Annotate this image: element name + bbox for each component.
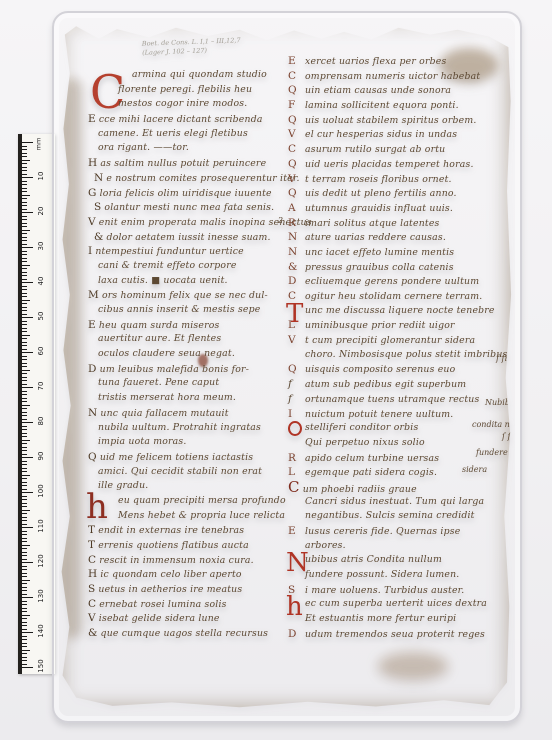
ruler-tick [22, 562, 33, 563]
versal-capital: I [288, 407, 297, 422]
ruler-tick [22, 307, 27, 308]
ruler-tick [22, 534, 27, 535]
ruler-tick [22, 293, 27, 294]
ruler-tick [22, 380, 27, 381]
ruler-tick [22, 359, 27, 360]
ruler-tick [22, 426, 27, 427]
ruler-tick [22, 142, 33, 143]
line-text: heu quam surda miseros [99, 320, 220, 331]
versal-capital: A [288, 201, 297, 216]
line-text: unc me discussa liquere nocte tenebre [305, 305, 495, 316]
line-text: atum sub pedibus egit superbum [305, 379, 466, 390]
manuscript-line: Cogitur heu stolidam cernere terram. [288, 289, 512, 304]
ruler-label: 10 [37, 166, 45, 186]
line-text: olantur mesti nunc mea fata senis. [104, 202, 274, 213]
line-text: t cum precipiti glomerantur sidera [305, 335, 475, 346]
manuscript-line: impia uota moras. [88, 435, 290, 450]
manuscript-line: nubila uultum. Protrahit ingratas [88, 421, 290, 436]
manuscript-line: auertitur aure. Et flentes [88, 332, 290, 347]
ruler-tick [22, 275, 27, 276]
ruler-tick [22, 447, 27, 448]
line-text: mestos cogor inire modos. [118, 98, 247, 109]
ruler-tick [22, 461, 27, 462]
marginal-gloss: condita nu [472, 420, 515, 429]
ruler-tick [22, 373, 27, 374]
line-text: nuictum potuit tenere uultum. [305, 409, 453, 420]
ruler-tick [22, 422, 33, 423]
manuscript-line: Tunc me discussa liquere nocte tenebre [288, 304, 512, 319]
ruler-tick [22, 170, 27, 171]
line-text: tristis merserat hora meum. [98, 392, 236, 403]
line-text: apido celum turbine uersas [305, 453, 439, 464]
ruler-tick [22, 573, 27, 574]
ruler-tick [22, 286, 27, 287]
manuscript-line: Cancri sidus inestuat. Tum qui larga [288, 495, 512, 510]
ruler-tick [22, 552, 27, 553]
manuscript-line: Comprensam numeris uictor habebat [288, 69, 512, 84]
line-text: isebat gelide sidera lune [99, 613, 220, 624]
versal-capital: V [88, 215, 96, 230]
manuscript-line: heu quam precipiti mersa profundo [88, 494, 290, 509]
ruler-tick [22, 408, 27, 409]
manuscript-line: &dolor aetatem iussit inesse suam. [88, 230, 290, 245]
versal-capital: V [88, 611, 96, 626]
ruler-tick [22, 146, 27, 147]
ruler-tick [22, 195, 30, 196]
ruler-tick [22, 251, 27, 252]
ruler-tick [22, 177, 33, 178]
ruler-tick [22, 160, 30, 161]
ruler-tick [22, 629, 27, 630]
line-text: uis uoluat stabilem spiritus orbem. [305, 115, 477, 126]
pencil-annotation: Boet. de Cons. L. I,1 – III,12,7 (Lager … [142, 36, 241, 57]
ruler-label: 70 [37, 376, 45, 396]
versal-capital: Q [88, 450, 97, 465]
manuscript-line: fortunamque tuens utramque rectus [288, 392, 512, 407]
ruler-tick [22, 265, 30, 266]
ruler-tick [22, 202, 27, 203]
ruler-tick [22, 282, 33, 283]
ruler-tick [22, 639, 27, 640]
ruler-tick [22, 496, 27, 497]
line-text: unc quia fallacem mutauit [100, 408, 228, 419]
line-text: ortunamque tuens utramque rectus [305, 394, 479, 405]
text-column-left: Carmina qui quondam studioflorente pereg… [88, 68, 290, 641]
ruler-label: 120 [37, 551, 45, 571]
line-text: ec cum superba uerterit uices dextra [305, 598, 487, 609]
rubric-initial: C [288, 480, 300, 495]
ruler-tick [22, 531, 27, 532]
ruler-tick [22, 258, 27, 259]
manuscript-line: Vt terram roseis floribus ornet. [288, 172, 512, 187]
ruler-tick [22, 268, 27, 269]
ruler-tick [22, 611, 27, 612]
ruler-label: 50 [37, 306, 45, 326]
ruler-tick [22, 608, 27, 609]
ruler-tick [22, 527, 33, 528]
ruler-tick [22, 594, 27, 595]
ruler-tick [22, 590, 27, 591]
ruler-tick [22, 401, 27, 402]
versal-capital: E [88, 112, 96, 127]
line-text: um phoebi radiis graue [303, 484, 417, 495]
versal-capital: T [88, 538, 95, 553]
line-text: impia uota moras. [98, 436, 187, 447]
manuscript-line: negantibus. Sulcis semina credidit [288, 509, 512, 524]
line-text: el cur hesperias sidus in undas [305, 129, 457, 140]
manuscript-line: Cum phoebi radiis graue [288, 480, 512, 495]
line-text: i mare uoluens. Turbidus auster. [305, 585, 464, 596]
ruler-tick [22, 314, 27, 315]
ruler-tick [22, 219, 27, 220]
line-text: e nostrum comites prosequerentur iter. [106, 173, 299, 184]
versal-capital: H [88, 567, 97, 582]
ruler-label: 100 [37, 481, 45, 501]
versal-capital: E [288, 54, 297, 69]
ruler-tick [22, 436, 27, 437]
ruler-tick [22, 181, 27, 182]
manuscript-line: Crescit in immensum noxia cura. [88, 553, 290, 568]
versal-capital: C [288, 69, 297, 84]
ruler-tick [22, 352, 33, 353]
ruler-tick [22, 349, 27, 350]
marginal-gloss: 2 [278, 216, 283, 225]
ruler-tick [22, 191, 27, 192]
manuscript-line: Dum leuibus malefida bonis for- [88, 362, 290, 377]
ruler-tick [22, 244, 27, 245]
ruler-tick [22, 356, 27, 357]
versal-capital: S [94, 200, 101, 215]
manuscript-line: Tendit in externas ire tenebras [88, 523, 290, 538]
versal-capital: Q [288, 362, 297, 377]
ruler-tick [22, 163, 27, 164]
versal-capital: C [88, 553, 96, 568]
manuscript-line: Quin etiam causas unde sonora [288, 83, 512, 98]
ruler-tick [22, 569, 27, 570]
line-text: uin etiam causas unde sonora [305, 85, 451, 96]
versal-capital: N [94, 171, 103, 186]
marginal-gloss: ſ ſı [502, 432, 513, 441]
ruler-tick [22, 583, 27, 584]
ruler-tick [22, 580, 30, 581]
ruler-tick [22, 471, 27, 472]
versal-capital: D [88, 362, 97, 377]
line-text: negantibus. Sulcis semina credidit [305, 510, 475, 521]
ruler-label: 30 [37, 236, 45, 256]
ruler-tick [22, 216, 27, 217]
line-text: choro. Nimbosisque polus stetit imbribus… [305, 349, 511, 360]
ruler-tick [22, 475, 30, 476]
line-text: auertitur aure. Et flentes [98, 333, 221, 344]
ruler-tick [22, 457, 33, 458]
ruler-tick [22, 548, 27, 549]
ruler-tick [22, 429, 27, 430]
manuscript-line: Eheu quam surda miseros [88, 318, 290, 333]
ruler-tick [22, 489, 27, 490]
ruler-tick [22, 646, 27, 647]
ruler-tick [22, 433, 27, 434]
marginal-gloss: ſ ſı [496, 354, 507, 363]
ruler-tick [22, 384, 27, 385]
ruler-tick [22, 303, 27, 304]
ruler-tick [22, 310, 27, 311]
line-text: egemque pati sidera cogis. [305, 467, 437, 478]
versal-capital: I [88, 244, 92, 259]
versal-capital: N [288, 245, 297, 260]
line-text: fundere possunt. Sidera lumen. [305, 569, 459, 580]
manuscript-line: Decliuemque gerens pondere uultum [288, 274, 512, 289]
ruler-tick [22, 657, 27, 658]
manuscript-line: amici. Qui cecidit stabili non erat [88, 465, 290, 480]
manuscript-line: Nubibus atris Condita nullum [288, 553, 512, 568]
ruler-unit-label: mm [34, 138, 42, 151]
mm-ruler: mm 102030405060708090100110120130140150 [18, 134, 55, 674]
manuscript-line: Vel cur hesperias sidus in undas [288, 127, 512, 142]
ruler-tick [22, 233, 27, 234]
ruler-tick [22, 167, 27, 168]
manuscript-line: ille gradu. [88, 479, 290, 494]
ruler-label: 20 [37, 201, 45, 221]
manuscript-line: Quis uoluat stabilem spiritus orbem. [288, 113, 512, 128]
ruler-tick [22, 555, 27, 556]
line-text: uminibusque prior rediit uigor [305, 320, 455, 331]
ruler-tick [22, 664, 27, 665]
line-text: cce mihi lacere dictant scribenda [99, 114, 263, 125]
ruler-tick [22, 394, 27, 395]
manuscript-line: Inuictum potuit tenere uultum. [288, 407, 512, 422]
line-text: cibus annis inserit & mestis sepe [98, 304, 261, 315]
versal-capital: C [288, 142, 297, 157]
manuscript-line: Dudum tremendos seua proterit reges [288, 627, 512, 642]
ruler-tick [22, 587, 27, 588]
versal-capital: Q [288, 83, 297, 98]
ruler-tick [22, 576, 27, 577]
versal-capital: M [88, 288, 99, 303]
manuscript-line: Vt cum precipiti glomerantur sidera [288, 333, 512, 348]
rubric-initial: O [288, 421, 302, 436]
line-text: ature uarias reddere causas. [305, 232, 446, 243]
ruler-tick [22, 513, 27, 514]
ruler-tick [22, 468, 27, 469]
manuscript-line: Solantur mesti nunc mea fata senis. [88, 200, 290, 215]
line-text: utumnus grauidis influat uuis. [305, 203, 453, 214]
line-text: Mens hebet & propria luce relicta [118, 510, 285, 521]
manuscript-line: Hic quondam celo liber aperto [88, 567, 290, 582]
manuscript-line: Intempestiui funduntur uertice [88, 244, 290, 259]
ruler-tick [22, 405, 30, 406]
line-text: as saltim nullus potuit peruincere [100, 158, 266, 169]
ruler-tick [22, 643, 27, 644]
line-text: ors hominum felix que se nec dul- [102, 290, 268, 301]
manuscript-line: Mens hebet & propria luce relicta [88, 509, 290, 524]
versal-capital: G [88, 186, 97, 201]
ruler-tick [22, 321, 27, 322]
manuscript-line: tuna faueret. Pene caput [88, 376, 290, 391]
versal-capital: & [288, 260, 297, 275]
line-text: ic quondam celo liber aperto [100, 569, 241, 580]
line-text: amici. Qui cecidit stabili non erat [98, 466, 262, 477]
manuscript-line: &pressus grauibus colla catenis [288, 260, 512, 275]
line-text: oculos claudere seua negat. [98, 348, 235, 359]
line-text: uid me felicem totiens iactastis [100, 452, 253, 463]
line-text: Qui perpetuo nixus solio [305, 437, 425, 448]
line-text: ubibus atris Condita nullum [305, 554, 442, 565]
ruler-tick [22, 345, 27, 346]
ruler-tick [22, 604, 27, 605]
line-text: rescit in immensum noxia cura. [99, 555, 254, 566]
ruler-tick [22, 335, 30, 336]
manuscript-line: Terrenis quotiens flatibus aucta [88, 538, 290, 553]
ruler-tick [22, 566, 27, 567]
manuscript-line: cibus annis inserit & mestis sepe [88, 303, 290, 318]
line-text: armina qui quondam studio [132, 69, 267, 80]
ruler-tick [22, 324, 27, 325]
line-text: cani & tremit effeto corpore [98, 260, 237, 271]
line-text: uetus in aetherios ire meatus [98, 584, 242, 595]
versal-capital: N [88, 406, 97, 421]
line-text: imari solitus atque latentes [305, 218, 440, 229]
versal-capital: & [88, 626, 98, 641]
ruler-tick [22, 398, 27, 399]
bottom-stain [378, 652, 448, 680]
line-text: pressus grauibus colla catenis [305, 262, 454, 273]
ruler-tick [22, 636, 27, 637]
marginal-gloss: fundere p [476, 448, 515, 457]
manuscript-line: Exercet uarios flexa per orbes [288, 54, 512, 69]
manuscript-line: Nunc iacet effeto lumine mentis [288, 245, 512, 260]
manuscript-line: Quis dedit ut pleno fertilis anno. [288, 186, 512, 201]
versal-capital: C [88, 597, 96, 612]
manuscript-line: Ecce mihi lacere dictant scribenda [88, 112, 290, 127]
ruler-tick [22, 412, 27, 413]
text-column-right: Exercet uarios flexa per orbesComprensam… [288, 54, 512, 642]
ruler-tick [22, 454, 27, 455]
manuscript-line: Luminibusque prior rediit uigor [288, 318, 512, 333]
ruler-tick [22, 510, 30, 511]
ruler-tick [22, 153, 27, 154]
parchment-leaf: Boet. de Cons. L. I,1 – III,12,7 (Lager … [58, 18, 512, 710]
line-text: arbores. [305, 540, 346, 551]
manuscript-line: Quid ueris placidas temperet horas. [288, 157, 512, 172]
versal-capital: f [288, 377, 297, 392]
ruler-tick [22, 279, 27, 280]
marginal-gloss: sidera [462, 465, 487, 474]
manuscript-line: camene. Et ueris elegi fletibus [88, 127, 290, 142]
ruler-tick [22, 366, 27, 367]
manuscript-line: Elusus cereris fide. Quernas ipse [288, 524, 512, 539]
ruler-tick [22, 625, 27, 626]
ruler-tick [22, 622, 27, 623]
line-text: camene. Et ueris elegi fletibus [98, 128, 248, 139]
ruler-tick [22, 650, 30, 651]
ruler-tick [22, 226, 27, 227]
line-text: nubila uultum. Protrahit ingratas [98, 422, 261, 433]
ruler-tick [22, 230, 30, 231]
line-text: Et estuantis more fertur euripi [305, 613, 456, 624]
ruler-tick [22, 240, 27, 241]
versal-capital: L [288, 318, 297, 333]
versal-capital: T [88, 523, 95, 538]
versal-capital: & [94, 230, 104, 245]
ruler-tick [22, 601, 27, 602]
parchment-surface: Boet. de Cons. L. I,1 – III,12,7 (Lager … [58, 18, 512, 710]
ruler-tick [22, 247, 33, 248]
ruler-tick [22, 391, 27, 392]
ruler-tick [22, 482, 27, 483]
line-text: que cumque uagos stella recursus [101, 628, 269, 639]
line-text: t terram roseis floribus ornet. [305, 174, 452, 185]
ruler-label: 40 [37, 271, 45, 291]
ruler-tick [22, 184, 27, 185]
ruler-tick [22, 377, 27, 378]
manuscript-line: Nunc quia fallacem mutauit [88, 406, 290, 421]
ruler-tick [22, 363, 27, 364]
ruler-tick [22, 317, 33, 318]
ruler-tick [22, 632, 33, 633]
ruler-tick [22, 338, 27, 339]
manuscript-line: Suetus in aetherios ire meatus [88, 582, 290, 597]
versal-capital: Q [288, 113, 297, 128]
line-text: xercet uarios flexa per orbes [305, 56, 446, 67]
ruler-tick [22, 538, 27, 539]
manuscript-line: laxa cutis. ■ uocata uenit. [88, 274, 290, 289]
manuscript-line: Ne nostrum comites prosequerentur iter. [88, 171, 290, 186]
manuscript-line: Mors hominum felix que se nec dul- [88, 288, 290, 303]
versal-capital: V [288, 333, 297, 348]
ruler-tick [22, 387, 33, 388]
ruler-label: 150 [37, 656, 45, 676]
line-text: lamina sollicitent equora ponti. [305, 100, 459, 111]
ruler-tick [22, 478, 27, 479]
versal-capital: V [288, 127, 297, 142]
manuscript-line: Si mare uoluens. Turbidus auster. [288, 583, 512, 598]
manuscript-line: florente peregi. flebilis heu [88, 83, 290, 98]
line-text: eu quam precipiti mersa profundo [118, 495, 286, 506]
ruler-tick [22, 660, 27, 661]
manuscript-line: fundere possunt. Sidera lumen. [288, 568, 512, 583]
manuscript-line: fatum sub pedibus egit superbum [288, 377, 512, 392]
versal-capital: D [288, 274, 297, 289]
manuscript-line: Gloria felicis olim uiridisque iuuente [88, 186, 290, 201]
manuscript-line: arbores. [288, 539, 512, 554]
manuscript-line: mestos cogor inire modos. [88, 97, 290, 112]
ruler-tick [22, 296, 27, 297]
ruler-tick [22, 667, 33, 668]
ruler-tick [22, 450, 27, 451]
ruler-tick [22, 156, 27, 157]
line-text: errenis quotiens flatibus aucta [98, 540, 249, 551]
line-text: ora rigant. ——tor. [98, 142, 189, 153]
ruler-label: 130 [37, 586, 45, 606]
manuscript-line: Et estuantis more fertur euripi [288, 612, 512, 627]
line-text: omprensam numeris uictor habebat [305, 71, 480, 82]
ruler-tick [22, 419, 27, 420]
versal-capital: F [288, 98, 297, 113]
ruler-tick [22, 370, 30, 371]
manuscript-line: ora rigant. ——tor. [88, 141, 290, 156]
ruler-label: 110 [37, 516, 45, 536]
ruler-tick [22, 506, 27, 507]
ruler-tick [22, 517, 27, 518]
manuscript-line: Quisquis composito serenus euo [288, 362, 512, 377]
versal-capital: N [288, 230, 297, 245]
ruler-tick [22, 223, 27, 224]
ruler-tick [22, 499, 27, 500]
manuscript-line: hec cum superba uerterit uices dextra [288, 597, 512, 612]
line-text: uisquis composito serenus euo [305, 364, 455, 375]
ruler-tick [22, 440, 30, 441]
ruler-tick [22, 415, 27, 416]
